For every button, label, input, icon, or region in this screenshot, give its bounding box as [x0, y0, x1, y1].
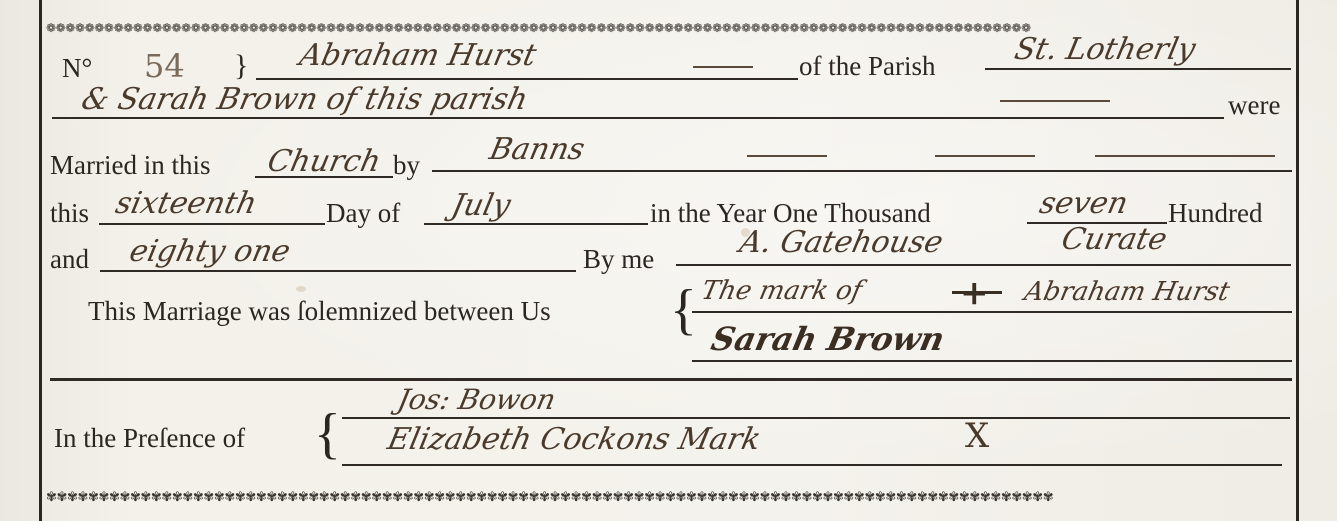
- officiant-title: Curate: [1059, 224, 1170, 256]
- marriage-method: Banns: [487, 134, 588, 166]
- day-line: [99, 223, 325, 225]
- married-in-this-label: Married in this: [50, 150, 210, 180]
- entry-brace: }: [234, 51, 248, 81]
- groom-mark-bar: [952, 291, 1002, 294]
- solemnized-label: This Marriage was ſolemnized between Us: [88, 296, 551, 326]
- marriage-day: sixteenth: [113, 188, 260, 220]
- entry-number: 54: [144, 50, 185, 82]
- filler-dash: [935, 155, 1035, 157]
- ink-stain: [741, 228, 750, 237]
- bride-signature-line: [692, 360, 1292, 362]
- groom-signature-line: [692, 311, 1292, 313]
- by-label: by: [393, 150, 420, 180]
- this-label: this: [50, 198, 89, 228]
- in-the-year-label: in the Year One Thousand: [650, 198, 931, 228]
- groom-parish: St. Lotherly: [1012, 34, 1198, 66]
- witness-1-signature: Jos: Bowon: [395, 384, 559, 416]
- section-separator: [50, 378, 1292, 381]
- day-of-label: Day of: [326, 198, 400, 228]
- groom-signature-prefix: The mark of: [699, 275, 865, 307]
- officiant-name: A. Gatehouse: [737, 227, 946, 259]
- groom-name-line: [256, 78, 798, 80]
- bottom-ornament-border: ✾✾✾✾✾✾✾✾✾✾✾✾✾✾✾✾✾✾✾✾✾✾✾✾✾✾✾✾✾✾✾✾✾✾✾✾✾✾✾✾…: [46, 491, 1292, 504]
- right-border-rule: [1296, 0, 1299, 521]
- marriage-month: July: [449, 190, 514, 222]
- month-line: [424, 223, 648, 225]
- by-me-label: By me: [583, 244, 654, 274]
- filler-dash: [1095, 155, 1275, 157]
- year-line: [100, 270, 576, 272]
- groom-name: Abraham Hurst: [297, 40, 539, 72]
- parish-line: [985, 68, 1291, 70]
- bride-signature: Sarah Brown: [709, 323, 948, 355]
- century-word: seven: [1037, 188, 1131, 220]
- bride-details: & Sarah Brown of this parish: [79, 84, 531, 116]
- witness-2-mark: X: [965, 420, 989, 452]
- witness-1-line: [342, 417, 1290, 419]
- witness-2-signature: Elizabeth Cockons Mark: [385, 424, 764, 456]
- witness-brace: {: [314, 406, 341, 462]
- method-line: [432, 170, 1292, 172]
- parties-brace: {: [670, 282, 697, 338]
- filler-dash: [693, 66, 753, 68]
- filler-dash: [1000, 100, 1110, 102]
- officiant-line: [676, 264, 1291, 266]
- hundred-label: Hundred: [1168, 198, 1262, 228]
- year-words: eighty one: [127, 236, 293, 268]
- and-label: and: [50, 244, 89, 274]
- were-label: were: [1228, 90, 1280, 120]
- groom-signature: Abraham Hurst: [1022, 276, 1233, 308]
- bride-line: [52, 117, 1224, 119]
- ink-stain: [296, 286, 306, 292]
- register-page: ❁❁❁❁❁❁❁❁❁❁❁❁❁❁❁❁❁❁❁❁❁❁❁❁❁❁❁❁❁❁❁❁❁❁❁❁❁❁❁❁…: [0, 0, 1337, 521]
- filler-dash: [747, 155, 827, 157]
- marriage-place: Church: [265, 146, 384, 178]
- of-the-parish-label: of the Parish: [799, 51, 935, 81]
- entry-number-label: N°: [62, 53, 92, 83]
- presence-label: In the Preſence of: [54, 423, 245, 453]
- witness-2-line: [342, 464, 1282, 466]
- left-border-rule: [39, 0, 42, 521]
